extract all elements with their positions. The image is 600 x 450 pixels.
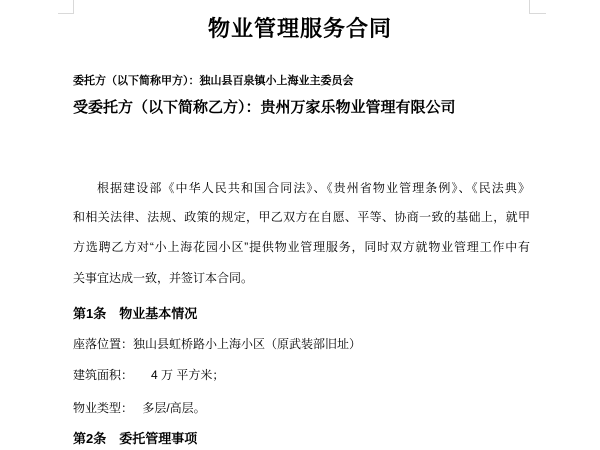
contract-document-page: 物业管理服务合同 委托方（以下简称甲方）：独山县百泉镇小上海业主委员会 受委托方… — [0, 0, 600, 450]
article-1-heading: 第1条 物业基本情况 — [73, 306, 530, 321]
party-b-line: 受委托方（以下简称乙方）：贵州万家乐物业管理有限公司 — [73, 99, 530, 117]
preamble-line-1: 根据建设部《中华人民共和国合同法》、《贵州省物业管理条例》、《民法典》 — [73, 181, 530, 196]
document-title: 物业管理服务合同 — [0, 16, 600, 42]
party-a-line: 委托方（以下简称甲方）：独山县百泉镇小上海业主委员会 — [73, 74, 530, 88]
article-2-heading: 第2条 委托管理事项 — [73, 431, 530, 446]
article-1-area-line: 建筑面积： 4 万 平方米； — [73, 368, 530, 383]
preamble-line-3: 方选聘乙方对“小上海花园小区”提供物业管理服务，同时双方就物业管理工作中有 — [73, 240, 530, 255]
preamble-line-4: 关事宜达成一致，并签订本合同。 — [73, 271, 530, 286]
article-1-type-line: 物业类型： 多层/高层。 — [73, 401, 530, 416]
text-boundary-mark-top-right — [529, 0, 546, 14]
preamble-line-2: 和相关法律、法规、政策的规定，甲乙双方在自愿、平等、协商一致的基础上，就甲 — [73, 210, 530, 225]
text-boundary-mark-top-left — [58, 0, 74, 14]
article-1-location-line: 座落位置：独山县虹桥路小上海小区（原武装部旧址） — [73, 337, 530, 352]
